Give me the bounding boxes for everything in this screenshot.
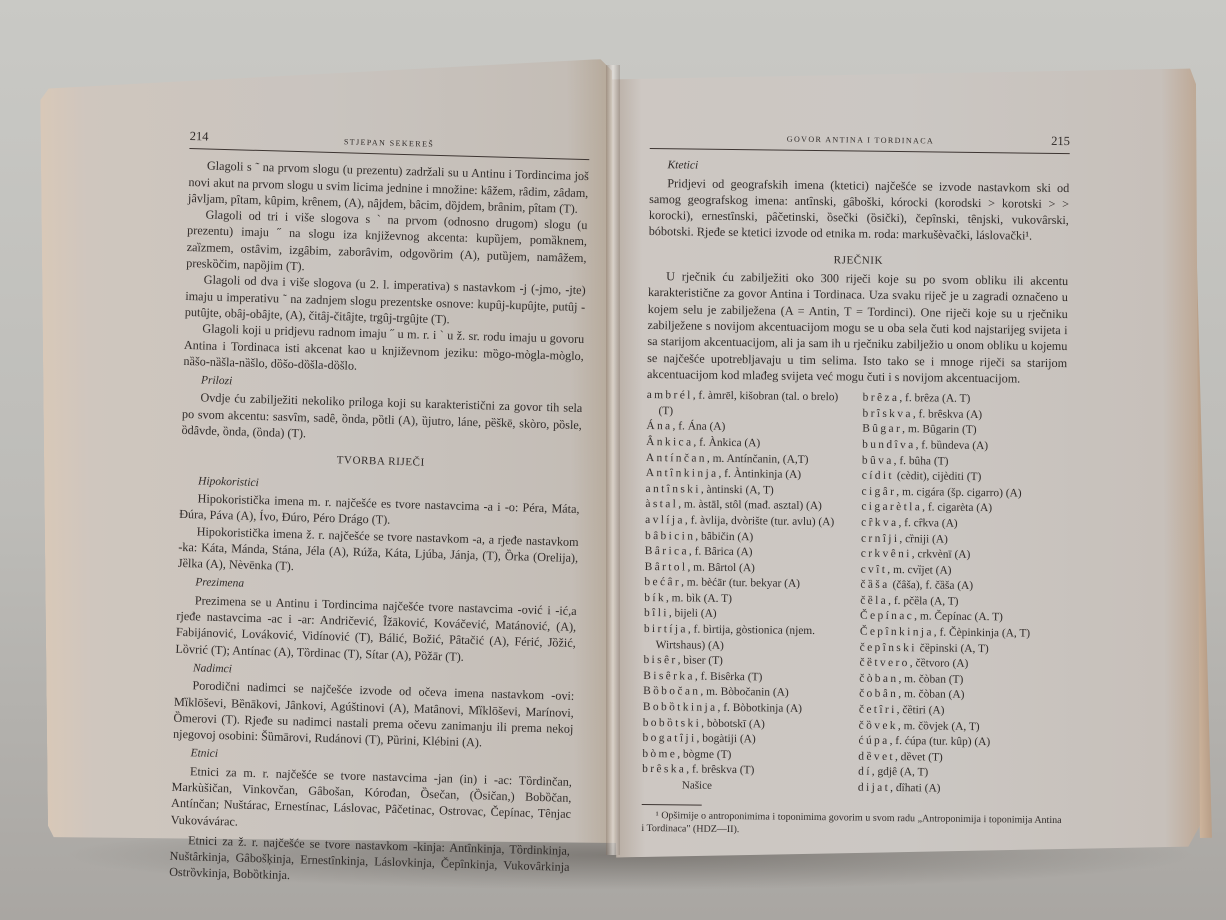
running-title: GOVOR ANTINA I TORDINACA [787, 132, 935, 150]
headword: Bȃrica [645, 545, 689, 558]
headword: cigarètla [861, 501, 922, 514]
definition: , àntinski (A, T) [701, 483, 774, 496]
headword: bundȋva [862, 439, 916, 452]
headword: Bobȍtkinja [643, 701, 718, 714]
page-number: 215 [1051, 133, 1070, 150]
headword: cídit [862, 470, 894, 482]
definition: , f. brȇskva (A) [913, 408, 982, 421]
definition: , bogàtiji (A) [696, 733, 755, 746]
definition: , bòbotskī (A) [701, 717, 765, 730]
dictionary-entry: avlíja, f. àvlija, dvòrište (tur. avlu) … [645, 513, 849, 531]
dictionary: ambrél, f. àmrēl, kišobran (tal. o brelo… [642, 388, 1067, 799]
dictionary-entry: dijat, dȉhati (A) [858, 781, 1062, 799]
headword: čepȋnski [860, 641, 917, 654]
headword: bogatȋji [642, 732, 696, 745]
headword: Ána [646, 420, 672, 432]
definition: , bijeli (A) [669, 608, 717, 621]
dictionary-entry: birtíja, f. bìrtija, gòstionica (njem. W… [644, 622, 848, 656]
headword: brȇska [642, 763, 686, 776]
headword: brȇza [863, 392, 900, 404]
dictionary-column-right: brȇza, f. brȇza (A. T)brȋskva, f. brȇskv… [858, 391, 1067, 799]
definition: , cȑniji (A) [899, 533, 948, 546]
headword: Bȃrtol [645, 561, 688, 574]
right-running-head: GOVOR ANTINA I TORDINACA 215 [650, 128, 1070, 154]
dictionary-entry: Ȃnkica, f. Ànkica (A) [646, 435, 850, 453]
headword: četȋri [859, 704, 897, 716]
definition: , f. cȓkva (A) [898, 517, 957, 530]
headword: birtíja [644, 623, 688, 636]
headword: bȋli [644, 607, 669, 619]
definition: , m. Bȃrtol (A) [687, 561, 755, 574]
definition: , f. àvlija, dvòrište (tur. avlu) (A) [685, 514, 834, 528]
headword: antȋnski [646, 483, 701, 496]
definition: , f. bȕndeva (A) [916, 439, 989, 452]
headword: Bisȇrka [643, 670, 695, 683]
paragraph: Hipokoristička imena ž. r. najčešće se t… [178, 522, 579, 582]
definition: , čȅtvoro (A) [910, 657, 969, 670]
headword: Bȗgar [862, 423, 902, 435]
headword: avlíja [645, 514, 685, 526]
headword: bȃbicin [645, 529, 695, 542]
definition: , m. Čepínac (A. T) [914, 611, 1003, 624]
definition: , f. Bisȇrka (T) [695, 670, 763, 683]
headword: Bȍbočan [643, 685, 700, 698]
footnote-text: Opširnije o antroponimima i toponimima g… [641, 810, 1061, 835]
headword: bisȇr [643, 654, 677, 666]
definition: , f. pčȅla (A, T) [888, 595, 958, 608]
definition: , bìser (T) [678, 655, 723, 668]
definition: , f. cigarèta (A) [922, 502, 992, 515]
dictionary-entry: brȇska, f. brȇskva (T) [642, 762, 846, 780]
definition: , f. brȇza (A. T) [899, 392, 970, 405]
headword: Antȋnkinja [646, 467, 719, 480]
headword: ćúpa [858, 735, 889, 747]
definition: , m. čòban (T) [898, 673, 963, 686]
definition: , f. Àntinkinja (A) [718, 468, 801, 481]
definition: , m. bìk (A. T) [666, 592, 732, 605]
headword: dȅvet [858, 750, 895, 762]
definition: , čȅtiri (A) [897, 704, 945, 717]
right-page-text: GOVOR ANTINA I TORDINACA 215 Ktetici Pri… [641, 128, 1070, 840]
definition: , m. čòban (A) [898, 689, 964, 702]
headword: àstal [645, 498, 678, 510]
headword: cȓkva [861, 517, 898, 529]
page-number: 214 [190, 128, 209, 145]
paragraph: Ovdje ću zabilježiti nekoliko priloga ko… [181, 389, 582, 449]
definition: , f. Ànkica (A) [693, 436, 760, 449]
definition: (čȃša), f. čȁša (A) [890, 579, 974, 592]
running-title: STJEPAN SEKEREŠ [344, 134, 435, 153]
definition: , bȃbičin (A) [695, 530, 753, 543]
headword: bȗva [862, 454, 894, 466]
definition: , dȉhati (A) [890, 782, 940, 795]
headword: cigȃr [862, 485, 897, 497]
headword: bobȍtski [643, 717, 702, 730]
headword: čȁša [860, 579, 889, 591]
definition: , m. bèćār (tur. bekyar (A) [681, 577, 800, 590]
definition: , f. ćúpa (tur. kûp) (A) [890, 735, 991, 748]
footnote-marker: ¹ [656, 810, 659, 821]
headword: brȋskva [862, 407, 912, 420]
paragraph: U rječnik ću zabilježiti oko 300 riječi … [647, 268, 1068, 387]
headword: Ȃnkica [646, 436, 693, 449]
paragraph: Glagoli od tri i više slogova s ` na prv… [186, 206, 588, 282]
headword: crkvȇni [861, 548, 912, 561]
headword: čȅtvero [859, 657, 909, 670]
headword: dí [858, 766, 872, 778]
headword: Antínčan [646, 452, 707, 465]
definition: , f. Bȃrica (A) [689, 546, 753, 559]
definition: , dȅvet (T) [895, 751, 943, 764]
definition: , f. Čèpinkinja (A, T) [934, 627, 1030, 640]
dictionary-entry: ambrél, f. àmrēl, kišobran (tal. o brelo… [646, 388, 850, 422]
definition: , f. Bòbotkinja (A) [717, 702, 802, 715]
paragraph: Pridjevi od geografskih imena (ktetici) … [649, 175, 1070, 245]
definition: , bògme (T) [677, 748, 731, 761]
definition: , gdjȇ (A, T) [872, 766, 929, 779]
definition: čȅpinski (A, T) [917, 642, 989, 655]
definition: , m. cigára (šp. cigarro) (A) [896, 486, 1021, 500]
headword: bòme [642, 748, 677, 760]
dictionary-entry: cȓkva, f. cȓkva (A) [861, 516, 1065, 534]
headword: cvȋt [861, 563, 888, 575]
headword: ambrél [647, 389, 693, 402]
definition: , m. čȍvjek (A, T) [898, 720, 980, 733]
definition: , m. àstāl, stôl (mađ. asztal) (A) [678, 499, 822, 513]
paragraph: Porodični nadimci se najčešće izvode od … [173, 677, 575, 753]
headword: bík [644, 592, 666, 604]
headword: bećȃr [644, 576, 681, 588]
handwritten-note: Našice [682, 778, 846, 796]
dictionary-entry: bundȋva, f. bȕndeva (A) [862, 438, 1066, 456]
definition: , m. cvȉjet (A) [887, 564, 951, 577]
headword: čòban [859, 672, 898, 684]
headword: čȍvek [859, 719, 898, 731]
paragraph: Etnici za m. r. najčešće se tvore nastav… [170, 762, 572, 838]
definition: , f. brȇskva (T) [686, 764, 754, 777]
definition: , m. Bȗgarin (T) [902, 423, 976, 436]
definition: , m. Bòbočanin (A) [700, 686, 788, 699]
definition: , f. bȗha (T) [894, 455, 949, 468]
left-page-text: 214 STJEPAN SEKEREŠ Glagoli s ˜ na prvom… [169, 128, 590, 892]
paragraph: Glagoli koji u pridjevu radnom imaju ˝ u… [183, 320, 584, 380]
definition: , crkvènī (A) [912, 548, 971, 561]
definition: (cèdit), cijèditi (T) [894, 470, 981, 483]
headword: Čepȋnkinja [860, 626, 934, 639]
footnote-rule [642, 804, 702, 806]
headword: čȅla [860, 594, 888, 606]
headword: dijat [858, 782, 890, 794]
definition: , f. Ána (A) [672, 421, 725, 434]
footnote: ¹ Opširnije o antroponimima i toponimima… [641, 809, 1061, 840]
headword: Čepínac [860, 610, 914, 623]
paragraph: Prezimena se u Antinu i Tordincima najče… [175, 592, 577, 668]
book-spine [606, 65, 620, 855]
headword: čobȃn [859, 688, 898, 700]
section-heading: TVORBA RIJEČI [181, 448, 581, 475]
definition: , m. Antínčanin, (A,T) [707, 452, 809, 465]
dictionary-column-left: ambrél, f. àmrēl, kišobran (tal. o brelo… [642, 388, 851, 796]
headword: crnȋji [861, 532, 900, 544]
